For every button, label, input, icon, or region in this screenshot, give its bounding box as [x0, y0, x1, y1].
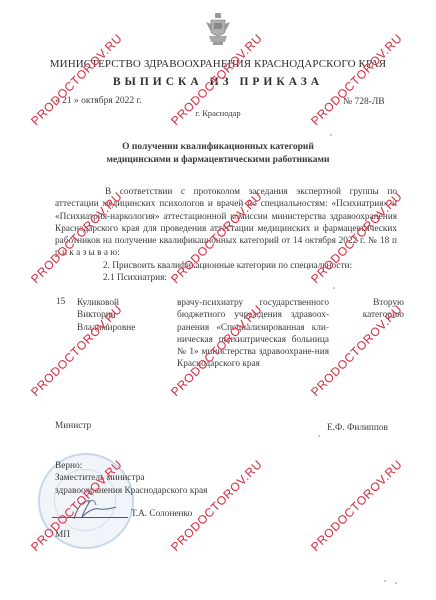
scan-speck — [318, 435, 320, 437]
watermark: PRODOCTOROV.RU — [308, 457, 405, 554]
verno-label: Верно: — [55, 460, 207, 472]
item-2-1: 2.1 Психиатрия: — [55, 272, 397, 284]
deputy-name: Т.А. Солоненко — [131, 509, 192, 519]
deputy-title-line-1: Заместитель министра — [55, 472, 207, 484]
subject-line-2: медицинскими и фармацевтическими работни… — [0, 154, 436, 167]
scan-speck — [384, 580, 386, 582]
scan-speck — [395, 582, 397, 584]
minister-title: Министр — [55, 421, 91, 431]
coat-of-arms-icon — [205, 12, 231, 46]
order-city: г. Краснодар — [0, 108, 436, 118]
row-number: 15 — [56, 297, 65, 307]
subject-line-1: О получении квалификационных категорий — [0, 141, 436, 154]
scan-speck — [333, 287, 335, 289]
order-subject: О получении квалификационных категорий м… — [0, 141, 436, 166]
minister-name: Е.Ф. Филиппов — [327, 423, 388, 433]
certification-block: Верно: Заместитель министра здравоохране… — [55, 460, 207, 497]
name-line: Куликовой — [77, 297, 167, 309]
order-number: № 728-ЛВ — [343, 97, 385, 107]
scan-speck — [330, 134, 332, 136]
item-2: 2. Присвоить квалификационные категории … — [55, 260, 397, 272]
